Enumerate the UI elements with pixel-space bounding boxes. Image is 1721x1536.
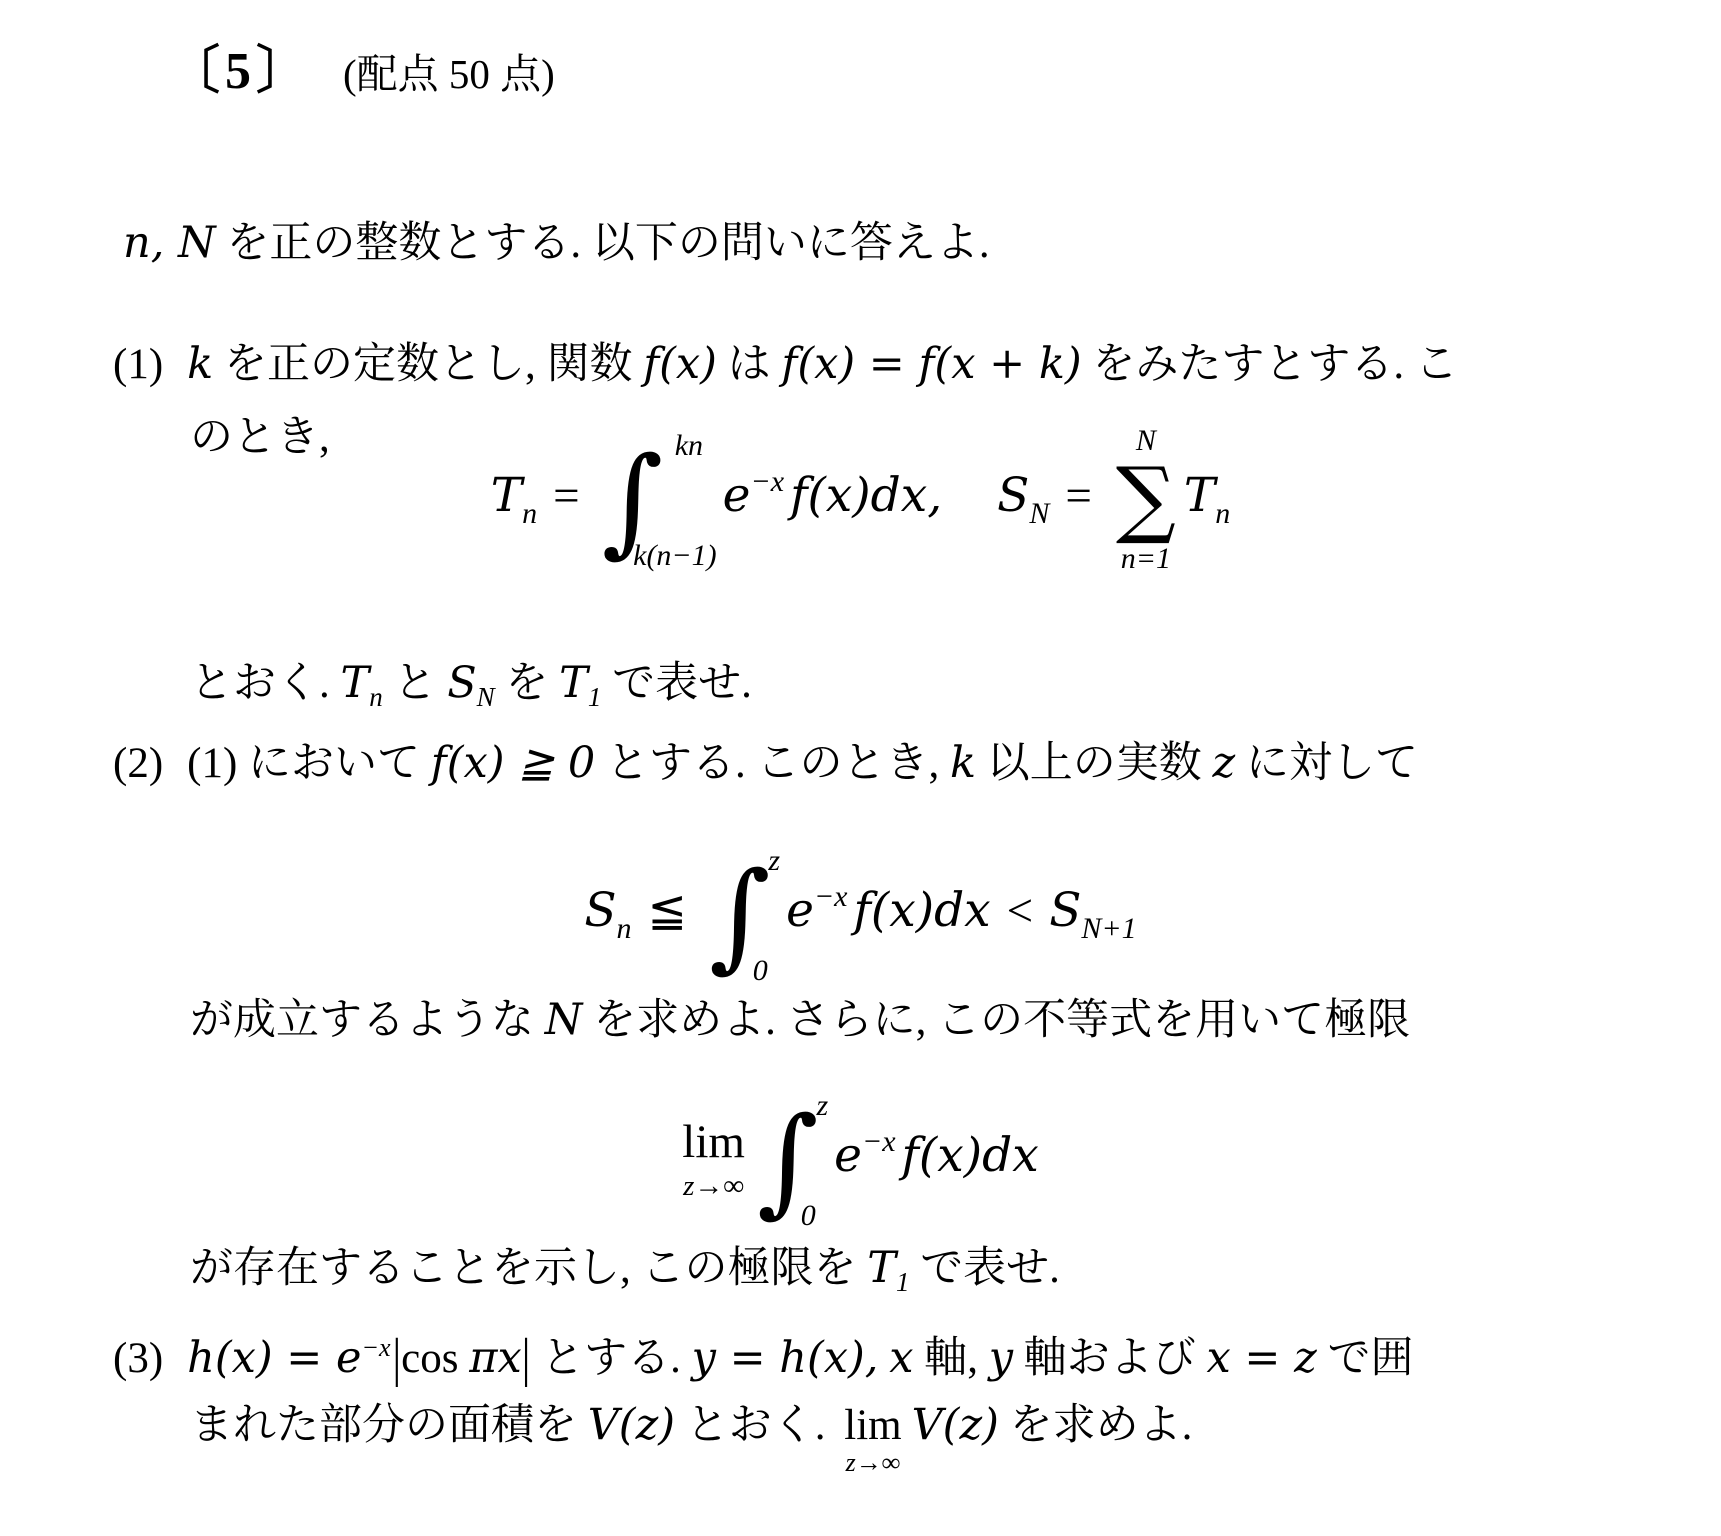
math-T: T [559,658,588,708]
text-segment: を [495,660,560,707]
integral-lower-limit: 0 [788,1199,828,1233]
math-N: N [545,995,583,1045]
problem-number-value: 5 [225,43,256,100]
math-integrand: f(x)dx, [790,468,942,523]
text-segment: が成立するような [190,997,545,1044]
item1-label: (1) [113,335,163,395]
item3-line1: (3)h(x) = e−x|cos πx| とする. y = h(x), x 軸… [113,1318,1414,1389]
lim-word: lim [682,1119,745,1166]
bracket-close: 〕 [256,43,313,100]
subscript-n: n [617,912,632,945]
math-fx: f(x) [643,339,717,389]
math-y: y [989,1333,1013,1383]
text-segment: に対して [1235,740,1418,787]
math-z: z [1213,738,1236,788]
integral-limits: z0 [818,1085,828,1235]
points-note: (配点 50 点) [343,51,555,97]
leq-sign: ≦ [648,885,687,937]
math-n-N: n, N [123,218,216,268]
subscript-1: 1 [896,1267,910,1297]
math-periodicity: f(x) = f(x + k) [781,339,1081,389]
math-y-hx: y = h(x), [692,1333,879,1383]
subscript-1: 1 [588,682,602,712]
math-k: k [187,339,213,389]
math-k: k [950,738,976,788]
sum-sign: ∑ [1116,461,1176,537]
display-formula-inequality: Sn≦∫z0e−xf(x)dx<SN+1 [0,840,1721,990]
subscript-n: n [522,497,537,530]
text-segment: で表せ. [909,1245,1060,1292]
text-segment: を求めよ. [999,1402,1193,1449]
item1-line3: とおく. Tn と SN を T1 で表せ. [190,653,752,727]
intro-line: n, N を正の整数とする. 以下の問いに答えよ. [123,213,990,274]
math-e: e [834,1128,862,1183]
text-segment: 軸および [1013,1335,1207,1382]
text-segment: を求めよ. さらに, この不等式を用いて極限 [582,997,1410,1044]
item2-line1: (2)(1) において f(x) ≧ 0 とする. このとき, k 以上の実数 … [113,733,1418,794]
abs-bar-open: | [393,1322,402,1397]
summation: N∑n=1 [1116,426,1176,574]
text-segment: とする. このとき, [595,740,950,787]
text-segment: まれた部分の面積を [190,1402,588,1449]
limit-operator: limz→∞ [682,1119,745,1201]
integral-upper-limit: z [816,1089,828,1123]
abs-bar-close: | [522,1322,531,1397]
exponent-minus-x: −x [814,880,848,913]
text-segment: をみたすとする. こ [1082,341,1458,388]
math-S: S [584,883,616,938]
text-segment: とする. [530,1335,691,1382]
lim-subscript: z→∞ [683,1172,744,1201]
math-hx-def: h(x) = e [187,1333,361,1383]
limit-operator: limz→∞ [844,1396,901,1456]
display-formula-tn-sn: Tn=∫knk(n−1)e−xf(x)dx,SN=N∑n=1Tn [0,425,1721,575]
math-T: T [491,468,522,523]
subscript-n: n [1215,497,1230,530]
math-e: e [723,468,751,523]
integral-lower-limit: 0 [740,954,780,988]
text-segment: で囲 [1317,1335,1414,1382]
text-segment: と [383,660,448,707]
item3-line2: まれた部分の面積を V(z) とおく. limz→∞V(z) を求めよ. [190,1395,1192,1456]
exam-page: 〔5〕 (配点 50 点) n, N を正の整数とする. 以下の問いに答えよ. … [0,0,1721,1536]
problem-header: 〔5〕 (配点 50 点) [168,28,555,103]
text-segment: とおく. [675,1402,836,1449]
text-segment [878,1335,889,1382]
integral: ∫z0 [709,840,780,990]
integral: ∫z0 [757,1085,828,1235]
math-x: x [889,1333,913,1383]
math-fx-nonneg: f(x) ≧ 0 [431,738,595,788]
math-T: T [867,1243,896,1293]
integral-limits: knk(n−1) [663,425,717,575]
bracket-open: 〔 [168,43,225,100]
subscript-n: n [369,682,383,712]
text-segment: (1) において [187,740,431,787]
text-segment: 軸, [913,1335,988,1382]
math-pi-x: πx [469,1333,522,1383]
text-segment: は [717,341,782,388]
exponent-minus-x: −x [361,1333,390,1362]
lim-subscript: z→∞ [846,1450,901,1476]
math-x-equals-z: x = z [1207,1333,1317,1383]
integral: ∫knk(n−1) [602,425,717,575]
integral-lower-limit: k(n−1) [633,539,717,573]
subscript-N: N [477,682,495,712]
less-than-sign: < [1007,885,1034,937]
text-segment: で表せ. [601,660,752,707]
math-S: S [447,658,476,708]
integral-upper-limit: z [768,844,780,878]
sum-lower-limit: n=1 [1121,544,1171,574]
text-segment: とおく. [190,660,341,707]
cos-operator: cos [401,1335,469,1382]
math-integrand: f(x)dx [902,1128,1039,1183]
display-formula-limit: limz→∞∫z0e−xf(x)dx [0,1085,1721,1235]
math-S: S [1049,883,1081,938]
math-integrand: f(x)dx [854,883,991,938]
item2-label: (2) [113,734,163,794]
item2-line2: が成立するような N を求めよ. さらに, この不等式を用いて極限 [190,990,1410,1051]
item1-line1: (1)k を正の定数とし, 関数 f(x) は f(x) = f(x + k) … [113,334,1458,395]
exponent-minus-x: −x [751,465,785,498]
integral-upper-limit: kn [661,429,717,463]
problem-number: 〔5〕 [168,43,313,100]
math-e: e [786,883,814,938]
text-segment: を正の定数とし, 関数 [213,341,643,388]
text-segment: 以上の実数 [976,740,1213,787]
exponent-minus-x: −x [862,1125,896,1158]
equals-sign: = [553,470,580,522]
item3-label: (3) [113,1329,163,1389]
subscript-N: N [1029,497,1049,530]
math-Vz: V(z) [588,1400,675,1450]
math-Vz: V(z) [912,1400,999,1450]
text-segment: が存在することを示し, この極限を [190,1245,867,1292]
text-segment: を正の整数とする. 以下の問いに答えよ. [216,220,990,267]
subscript-N-plus-1: N+1 [1081,912,1136,945]
lim-word: lim [844,1402,901,1449]
math-T: T [1184,468,1215,523]
math-T: T [341,658,370,708]
item2-line3: が存在することを示し, この極限を T1 で表せ. [190,1238,1060,1312]
equals-sign: = [1065,470,1092,522]
integral-limits: z0 [770,840,780,990]
math-S: S [997,468,1029,523]
